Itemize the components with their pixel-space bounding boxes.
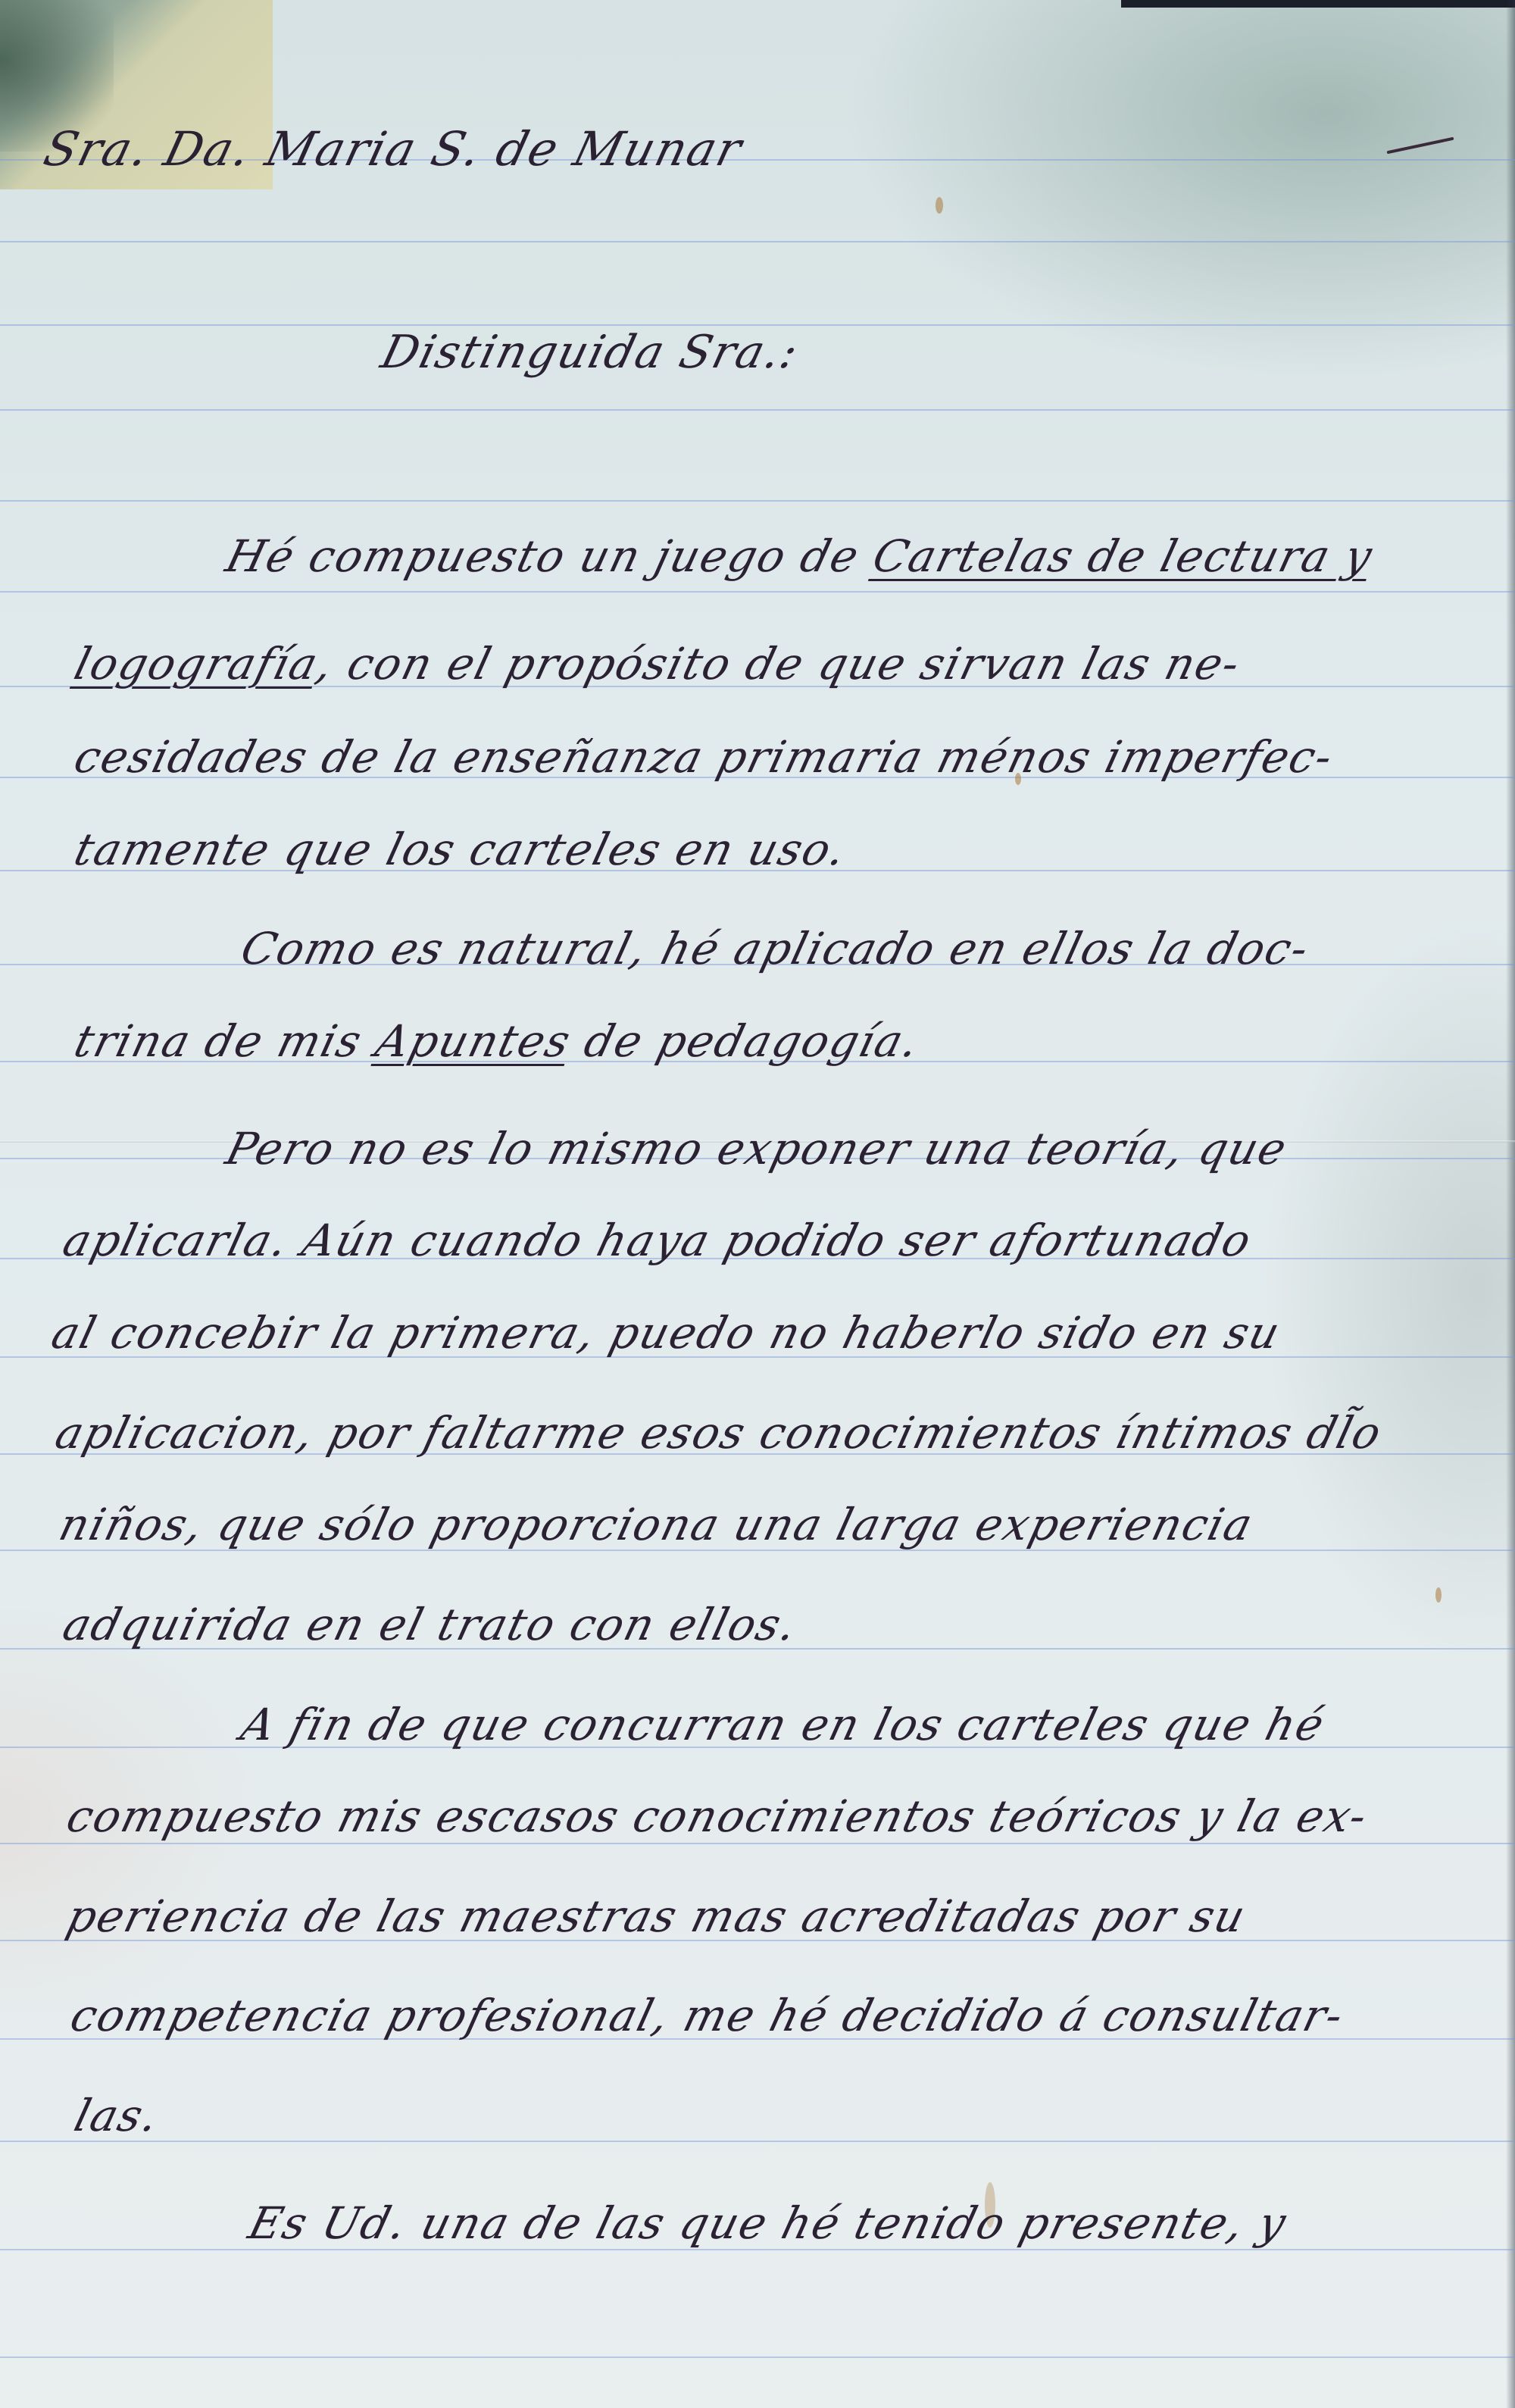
ink-spot [1435, 1587, 1442, 1603]
ruled-line [0, 591, 1515, 593]
letter-line: cesidades de la enseñanza primaria ménos… [70, 731, 1339, 783]
letter-line: al concebir la primera, puedo no haberlo… [47, 1307, 1286, 1359]
letter-line: periencia de las maestras mas acreditada… [62, 1890, 1252, 1942]
letter-line: las. [70, 2090, 165, 2141]
greeting: Distinguida Sra.: [376, 326, 804, 379]
ruled-line [0, 409, 1515, 411]
letter-line: aplicacion, por faltarme esos conocimien… [51, 1407, 1388, 1459]
letter-line: Como es natural, hé aplicado en ellos la… [236, 923, 1315, 974]
letter-line: niños, que sólo proporciona una larga ex… [55, 1499, 1259, 1550]
paper-right-edge [1506, 0, 1515, 2408]
ink-spot [936, 197, 943, 214]
letter-line: tamente que los carteles en uso. [70, 824, 853, 875]
addressee: Sra. Da. Maria S. de Munar [39, 121, 748, 177]
ruled-line [0, 500, 1515, 502]
letter-line: Pero no es lo mismo exponer una teoría, … [221, 1123, 1293, 1174]
ruled-line [0, 2249, 1515, 2250]
letter-line: adquirida en el trato con ellos. [58, 1599, 804, 1650]
ruled-line [0, 241, 1515, 242]
ruled-line [0, 2356, 1515, 2358]
letter-line: aplicarla. Aún cuando haya podido ser af… [58, 1215, 1257, 1266]
letter-line: Es Ud. una de las que hé tenido presente… [244, 2197, 1293, 2249]
ruled-line [0, 1843, 1515, 1844]
letter-line: Hé compuesto un juego de Cartelas de lec… [221, 530, 1379, 582]
letter-line: A fin de que concurran en los carteles q… [236, 1699, 1331, 1750]
letter-line: logografía, con el propósito de que sirv… [70, 638, 1247, 690]
letter-line: trina de mis Apuntes de pedagogía. [70, 1015, 926, 1067]
paper-top-edge [1121, 0, 1515, 8]
ruled-line [0, 2141, 1515, 2142]
letter-line: competencia profesional, me hé decidido … [66, 1990, 1350, 2041]
letter-line: compuesto mis escasos conocimientos teór… [62, 1790, 1374, 1842]
